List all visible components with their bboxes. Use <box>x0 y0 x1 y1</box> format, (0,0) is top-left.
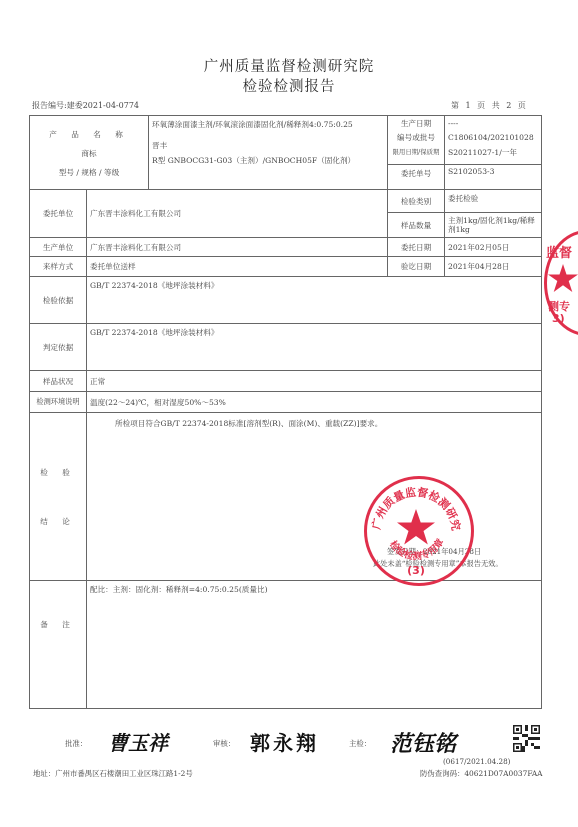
seal-number: (3) <box>407 564 425 577</box>
report-table: 产 品 名 称 商标 型号 / 规格 / 等级 环氧薄涂面漆主剂/环氧滚涂面漆固… <box>29 115 542 709</box>
report-number: 报告编号:建委2021-04-0774 <box>32 100 139 111</box>
approve-signature: 曹玉祥 <box>108 727 168 756</box>
product-meta-labels: 生产日期 编号或批号 限用日期/保质期 委托单号 <box>388 116 445 190</box>
document-title: 检验检测报告 <box>0 75 578 96</box>
client-label: 委托单位 <box>30 190 87 238</box>
batch-label: 编号或批号 <box>388 130 444 145</box>
product-name-label: 产 品 名 称 <box>30 128 148 142</box>
approve-label: 批准： <box>65 738 87 749</box>
production-date-label: 生产日期 <box>388 117 444 130</box>
edge-seal-number: 3) <box>552 312 565 325</box>
inspection-type-value: 委托检验 <box>445 190 542 213</box>
sample-quantity-value: 主剂1kg/固化剂1kg/稀释剂1kg <box>445 213 542 238</box>
conclusion-label: 检 验 结 论 <box>30 413 87 581</box>
conclusion-cell: 所检项目符合GB/T 22374-2018标准[溶剂型(R)、面涂(M)、重载(… <box>87 413 542 581</box>
svg-text:检验检测专用章: 检验检测专用章 <box>387 536 447 562</box>
sampling-method-value: 委托单位送样 <box>87 257 388 277</box>
address: 地址：广州市番禺区石楼潮田工业区珠江路1-2号 <box>33 768 193 779</box>
qr-code-icon <box>513 725 540 752</box>
official-seal: 广州质量监督检测研究院 检验检测专用章 (3) <box>364 476 474 586</box>
batch-value: C1806104/202101028 <box>448 130 538 145</box>
review-label: 审核： <box>213 738 235 749</box>
producer-value: 广东晋丰涂料化工有限公司 <box>87 238 388 257</box>
remarks-label: 备 注 <box>30 581 87 709</box>
institute-name: 广州质量监督检测研究院 <box>0 55 578 76</box>
sample-quantity-label: 样品数量 <box>388 213 445 238</box>
inspection-type-label: 检验类别 <box>388 190 445 213</box>
sampling-method-label: 来样方式 <box>30 257 87 277</box>
entrust-date-value: 2021年02月05日 <box>445 238 542 257</box>
environment-label: 检测环境说明 <box>30 392 87 413</box>
production-date-value: ---- <box>448 117 538 130</box>
brand-value: 晋丰 <box>152 140 384 151</box>
expiry-label: 限用日期/保质期 <box>388 145 444 160</box>
product-name-value: 环氧薄涂面漆主剂/环氧滚涂面漆固化剂/稀释剂4:0.75:0.25 <box>152 119 384 130</box>
page-info: 第 1 页 共 2 页 <box>451 100 526 111</box>
product-meta-values: ---- C1806104/202101028 S20211027-1/一年 S… <box>445 116 542 190</box>
judgement-basis-value: GB/T 22374-2018《地坪涂装材料》 <box>87 324 542 371</box>
entrust-date-label: 委托日期 <box>388 238 445 257</box>
brand-label: 商标 <box>30 147 148 161</box>
order-number-value: S2102053-3 <box>445 165 541 189</box>
finish-date-value: 2021年04月28日 <box>445 257 542 277</box>
seal-text-bottom: 检验检测专用章 <box>387 536 447 562</box>
expiry-value: S20211027-1/一年 <box>448 145 538 160</box>
inspection-basis-label: 检验依据 <box>30 277 87 324</box>
finish-date-label: 验讫日期 <box>388 257 445 277</box>
product-values-cell: 环氧薄涂面漆主剂/环氧滚涂面漆固化剂/稀释剂4:0.75:0.25 晋丰 R型 … <box>149 116 388 190</box>
model-value: R型 GNBOCG31-G03（主剂）/GNBOCH05F（固化剂） <box>152 155 384 166</box>
inspection-basis-value: GB/T 22374-2018《地坪涂装材料》 <box>87 277 542 324</box>
remarks-text: 配比：主剂：固化剂：稀释剂=4:0.75:0.25(质量比) <box>87 581 542 709</box>
inspector-label: 主检： <box>349 738 371 749</box>
seal-graphic: 广州质量监督检测研究院 检验检测专用章 (3) <box>364 476 468 580</box>
producer-label: 生产单位 <box>30 238 87 257</box>
review-signature: 郭永翔 <box>250 727 319 756</box>
edge-seal: 监督 测专 3) <box>540 228 578 336</box>
document-code: (0617/2021.04.28) <box>443 757 510 766</box>
client-value: 广东晋丰涂料化工有限公司 <box>87 190 388 238</box>
anti-fake-code: 防伪查询码：40621D07A0037FAA <box>420 768 543 779</box>
conclusion-text: 所检项目符合GB/T 22374-2018标准[溶剂型(R)、面涂(M)、重载(… <box>90 416 538 429</box>
inspector-signature: 范钰铭 <box>390 727 456 758</box>
conclusion-label-line2: 结 论 <box>30 516 86 527</box>
sample-state-value: 正常 <box>87 371 542 392</box>
edge-seal-text-top: 监督 <box>546 242 572 261</box>
conclusion-label-line1: 检 验 <box>30 467 86 478</box>
model-label: 型号 / 规格 / 等级 <box>30 166 148 180</box>
edge-seal-star-icon <box>548 264 578 294</box>
judgement-basis-label: 判定依据 <box>30 324 87 371</box>
product-labels-cell: 产 品 名 称 商标 型号 / 规格 / 等级 <box>30 116 149 190</box>
order-number-label: 委托单号 <box>388 165 444 185</box>
sample-state-label: 样品状况 <box>30 371 87 392</box>
environment-value: 温度(22～24)℃，相对湿度50%～53% <box>87 392 542 413</box>
